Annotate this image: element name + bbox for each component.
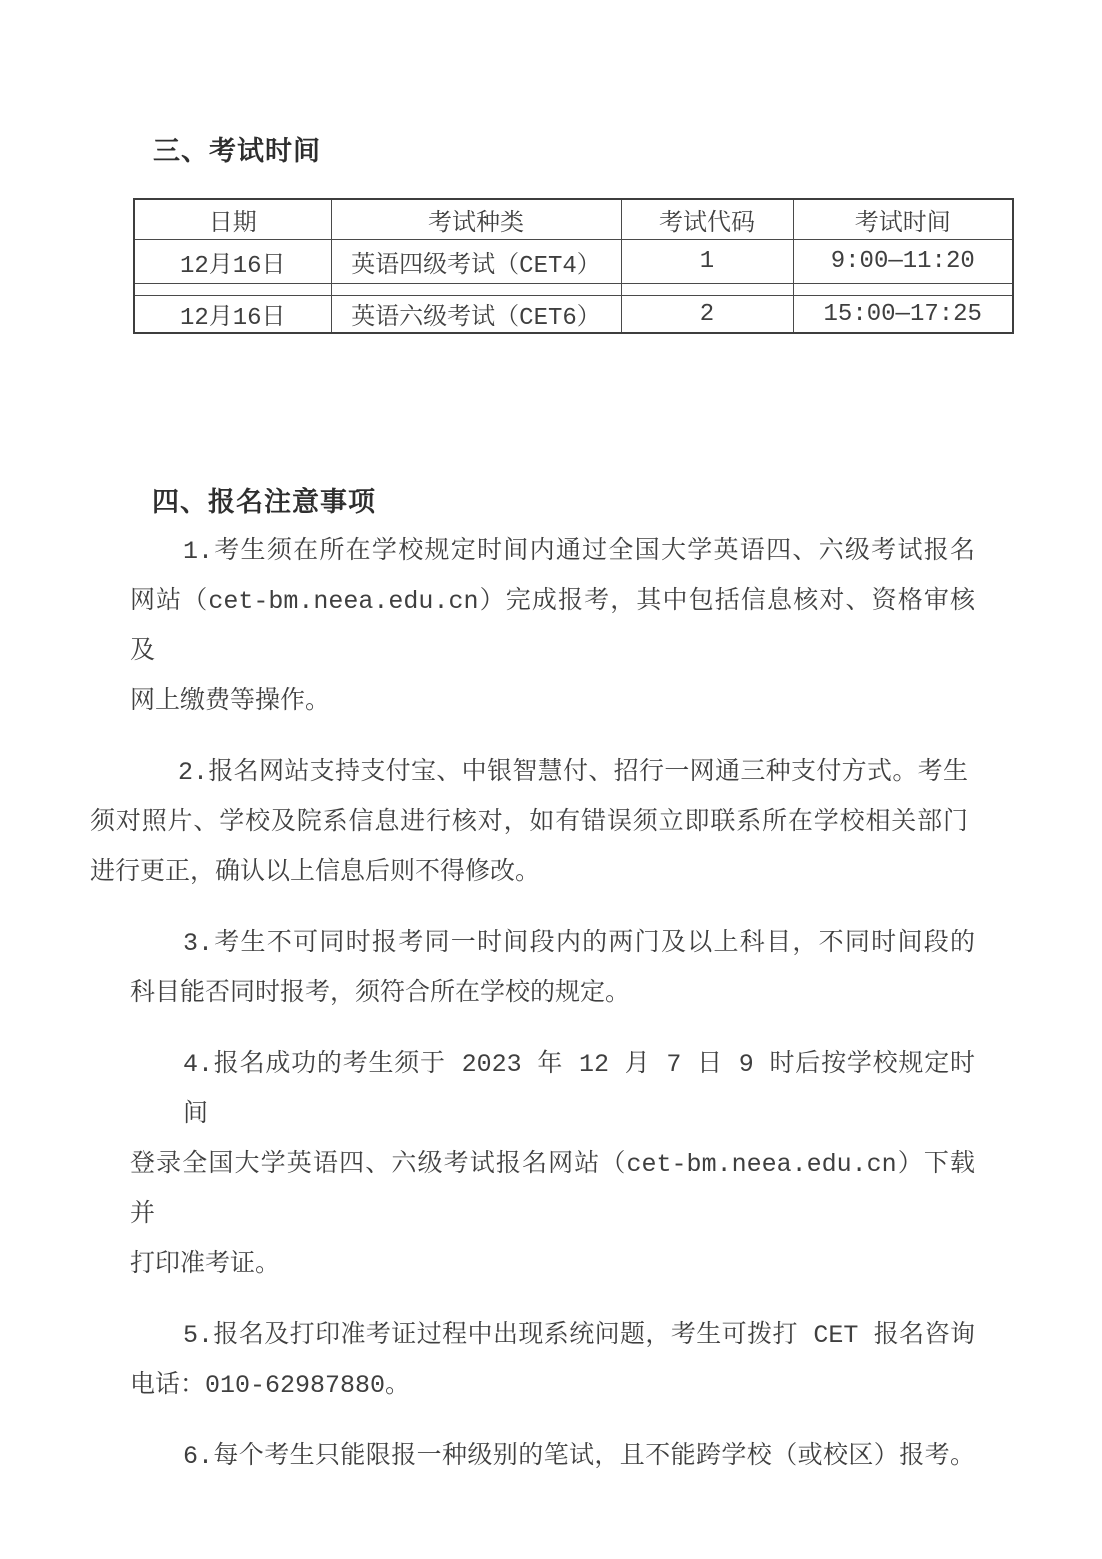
text-line: 4.报名成功的考生须于 2023 年 12 月 7 日 9 时后按学校规定时间 xyxy=(130,1040,975,1140)
document-page: 三、考试时间 日期考试种类考试代码考试时间 12月16日英语四级考试（CET4）… xyxy=(0,0,1102,1559)
note-paragraph: 3.考生不可同时报考同一时间段内的两门及以上科目，不同时间段的科目能否同时报考，… xyxy=(130,919,975,1019)
text-line: 进行更正，确认以上信息后则不得修改。 xyxy=(90,848,968,898)
text-line: 5.报名及打印准考证过程中出现系统问题，考生可拨打 CET 报名咨询 xyxy=(130,1311,975,1361)
gap-cell xyxy=(621,284,793,296)
table-cell: 2 xyxy=(621,296,793,334)
table-header-cell: 日期 xyxy=(134,199,331,240)
table-header-cell: 考试代码 xyxy=(621,199,793,240)
note-paragraph: 1.考生须在所在学校规定时间内通过全国大学英语四、六级考试报名网站（cet-bm… xyxy=(130,527,975,727)
text-line: 2.报名网站支持支付宝、中银智慧付、招行一网通三种支付方式。考生 xyxy=(90,748,968,798)
note-paragraph: 4.报名成功的考生须于 2023 年 12 月 7 日 9 时后按学校规定时间登… xyxy=(130,1040,975,1290)
table-cell: 12月16日 xyxy=(134,296,331,334)
registration-notes: 1.考生须在所在学校规定时间内通过全国大学英语四、六级考试报名网站（cet-bm… xyxy=(0,527,1102,1503)
table-cell: 12月16日 xyxy=(134,240,331,284)
text-line: 网上缴费等操作。 xyxy=(130,677,975,727)
table-cell: 15:00—17:25 xyxy=(793,296,1013,334)
table-cell: 英语六级考试（CET6） xyxy=(331,296,621,334)
gap-cell xyxy=(793,284,1013,296)
exam-schedule-table: 日期考试种类考试代码考试时间 12月16日英语四级考试（CET4）19:00—1… xyxy=(133,198,1014,334)
text-line: 电话：010-62987880。 xyxy=(130,1361,975,1411)
exam-schedule-table-container: 日期考试种类考试代码考试时间 12月16日英语四级考试（CET4）19:00—1… xyxy=(133,198,1014,334)
text-line: 须对照片、学校及院系信息进行核对，如有错误须立即联系所在学校相关部门 xyxy=(90,798,968,848)
table-row: 12月16日英语四级考试（CET4）19:00—11:20 xyxy=(134,240,1013,284)
text-line: 1.考生须在所在学校规定时间内通过全国大学英语四、六级考试报名 xyxy=(130,527,975,577)
gap-cell xyxy=(134,284,331,296)
table-header-cell: 考试时间 xyxy=(793,199,1013,240)
table-header-row: 日期考试种类考试代码考试时间 xyxy=(134,199,1013,240)
note-paragraph: 5.报名及打印准考证过程中出现系统问题，考生可拨打 CET 报名咨询电话：010… xyxy=(130,1311,975,1411)
table-cell: 英语四级考试（CET4） xyxy=(331,240,621,284)
section-4-heading: 四、报名注意事项 xyxy=(152,480,376,519)
table-header-cell: 考试种类 xyxy=(331,199,621,240)
section-3-heading: 三、考试时间 xyxy=(153,129,321,168)
text-line: 登录全国大学英语四、六级考试报名网站（cet-bm.neea.edu.cn）下载… xyxy=(130,1140,975,1240)
text-line: 6.每个考生只能限报一种级别的笔试，且不能跨学校（或校区）报考。 xyxy=(130,1432,975,1482)
note-paragraph: 2.报名网站支持支付宝、中银智慧付、招行一网通三种支付方式。考生须对照片、学校及… xyxy=(90,748,968,898)
table-cell: 1 xyxy=(621,240,793,284)
note-paragraph: 6.每个考生只能限报一种级别的笔试，且不能跨学校（或校区）报考。 xyxy=(130,1432,975,1482)
text-line: 打印准考证。 xyxy=(130,1240,975,1290)
gap-cell xyxy=(331,284,621,296)
row-divider-gap xyxy=(134,284,1013,296)
text-line: 3.考生不可同时报考同一时间段内的两门及以上科目，不同时间段的 xyxy=(130,919,975,969)
table-cell: 9:00—11:20 xyxy=(793,240,1013,284)
table-row: 12月16日英语六级考试（CET6）215:00—17:25 xyxy=(134,296,1013,334)
text-line: 网站（cet-bm.neea.edu.cn）完成报考，其中包括信息核对、资格审核… xyxy=(130,577,975,677)
text-line: 科目能否同时报考，须符合所在学校的规定。 xyxy=(130,969,975,1019)
